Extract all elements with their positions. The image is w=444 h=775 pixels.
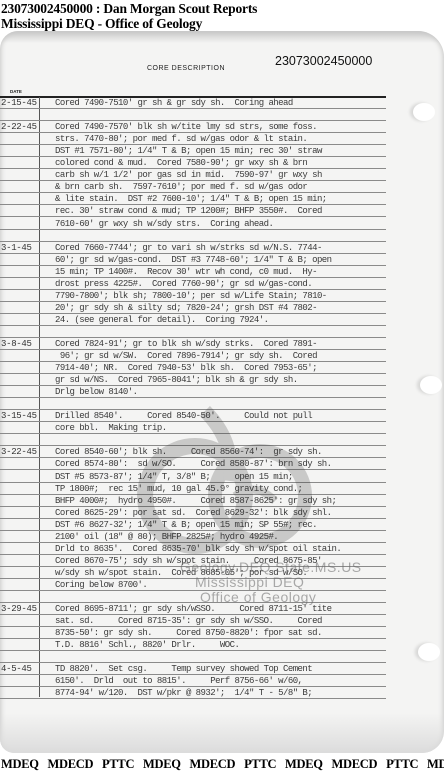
entry-text: Drld to 8635'. Cored 8635-70' blk sdy sh… (55, 544, 341, 554)
entry-row: DST #6 8627-32'; 1/4" T & B; open 15 min… (0, 519, 444, 531)
entry-text: sat. sd. Cored 8715-35': gr sdy sh w/SSO… (55, 616, 322, 626)
entry-row: gr sd w/NS. Cored 7965-8041'; blk sh & g… (0, 374, 444, 386)
entry-text: strs. 7470-80'; por med f. sd w/gas odor… (55, 134, 307, 144)
entry-row: Cored 8625-29': por sat sd. Cored 8629-3… (0, 507, 444, 519)
entry-text: Cored 7660-7744'; gr to vari sh w/strks … (55, 243, 322, 253)
entry-text: Cored 7490-7570' blk sh w/tite lmy sd st… (55, 122, 317, 132)
entry-row: colored cond & mud. Cored 7580-90'; gr w… (0, 157, 444, 169)
entry-row: 7790-7800'; blk sh; 7800-10'; per sd w/L… (0, 290, 444, 302)
entry-text: Drilled 8540'. Cored 8540-50'. Could not… (55, 411, 312, 421)
entry-text: 6150'. Drld out to 8815'. Perf 8756-66' … (55, 676, 302, 686)
entry-text: 24. (see general for detail). Coring 792… (55, 315, 268, 325)
entry-row: Drlg below 8140'. (0, 386, 444, 398)
entry-date: 3-22-45 (1, 447, 37, 457)
entry-row: 4-5-45TD 8820'. Set csg. Temp survey sho… (0, 663, 444, 675)
entry-row: & lite stain. DST #2 7600-10'; 1/4" T & … (0, 193, 444, 205)
entry-date: 3-8-45 (1, 339, 32, 349)
entry-row: Cored 8574-80': sd w/SO. Cored 8580-87':… (0, 458, 444, 470)
entry-text: carb sh w/1 1/2' por gas sd in mid. 7590… (55, 170, 322, 180)
entry-date: 3-29-45 (1, 604, 37, 614)
entry-text: Cored 8540-60'; blk sh. Cored 8560-74': … (55, 447, 322, 457)
entry-text: 8774-94' w/120. DST w/pkr @ 8932'; 1/4" … (55, 688, 312, 698)
entry-text: core bbl. Making trip. (55, 423, 167, 433)
entry-text: T.D. 8816' Schl., 8820' Drlr. WOC. (55, 640, 239, 650)
date-column-label: DATE (10, 89, 22, 94)
entry-row: TP 1800#; rec 15' mud, 10 gal 45.9° grav… (0, 483, 444, 495)
entry-text: BHFP 4000#; hydro 4950#. Cored 8587-8625… (55, 496, 336, 506)
entry-text: rec. 30' straw cond & mud; TP 1200#; BHF… (55, 206, 322, 216)
entry-text: 20'; gr sdy sh & silty sd; 7820-24'; grs… (55, 303, 317, 313)
entry-text: gr sd w/NS. Cored 7965-8041'; blk sh & g… (55, 375, 298, 385)
entry-text: DST #1 7571-80'; 1/4" T & B; open 15 min… (55, 146, 322, 156)
entry-text: 7610-60' gr wxy sh w/sdy strs. Coring ah… (55, 219, 273, 229)
entry-row: 3-1-45Cored 7660-7744'; gr to vari sh w/… (0, 242, 444, 254)
footer-banner: MDEQ MDECD PTTC MDEQ MDECD PTTC MDEQ MDE… (1, 757, 444, 772)
entry-text: 96'; gr sd w/SW. Cored 7896-7914'; gr sd… (55, 351, 317, 361)
entry-row: 96'; gr sd w/SW. Cored 7896-7914'; gr sd… (0, 350, 444, 362)
agency-subtitle: Mississippi DEQ - Office of Geology (1, 16, 202, 31)
entry-row: 7610-60' gr wxy sh w/sdy strs. Coring ah… (0, 217, 444, 229)
entry-row (0, 651, 444, 663)
entry-row: 3-8-45Cored 7824-91'; gr to blk sh w/sdy… (0, 338, 444, 350)
entry-row: 20'; gr sdy sh & silty sd; 7820-24'; grs… (0, 302, 444, 314)
watermark-office: Office of Geology (200, 589, 316, 605)
entry-rows: 2-15-45Cored 7490-7510' gr sh & gr sdy s… (0, 97, 444, 699)
entry-row (0, 398, 444, 410)
entry-row (0, 230, 444, 242)
entry-date: 3-15-45 (1, 411, 37, 421)
entry-text: Cored 8695-8711'; gr sdy sh/wSSO. Cored … (55, 604, 332, 614)
entry-text: TP 1800#; rec 15' mud, 10 gal 45.9° grav… (55, 484, 302, 494)
entry-text: Cored 8574-80': sd w/SO. Cored 8580-87':… (55, 459, 332, 469)
well-api-number: 23073002450000 (275, 54, 372, 68)
entry-row: 2-22-45Cored 7490-7570' blk sh w/tite lm… (0, 121, 444, 133)
entry-text: DST #5 8573-87'; 1/4" T, 3/8" B; open 15… (55, 472, 293, 482)
entry-row: & brn carb sh. 7597-7610'; por med f. sd… (0, 181, 444, 193)
entry-row: drost press 4225#. Cored 7760-90'; gr sd… (0, 278, 444, 290)
entry-text: colored cond & mud. Cored 7580-90'; gr w… (55, 158, 307, 168)
watermark-url: Geology.DEQ.State.MS.US (180, 559, 362, 575)
entry-date: 3-1-45 (1, 243, 32, 253)
entry-text: drost press 4225#. Cored 7760-90'; gr sd… (55, 279, 312, 289)
entry-row (0, 109, 444, 121)
entry-row (0, 434, 444, 446)
watermark-agency: Mississippi DEQ (195, 574, 304, 590)
entry-text: Coring below 8700'. (55, 580, 147, 590)
entry-row: 60'; gr sd w/gas-cond. DST #3 7748-60'; … (0, 254, 444, 266)
core-description-card: CORE DESCRIPTION 23073002450000 DATE 2-1… (0, 31, 444, 753)
entry-row: 2-15-45Cored 7490-7510' gr sh & gr sdy s… (0, 97, 444, 109)
report-title: 23073002450000 : Dan Morgan Scout Report… (1, 1, 257, 16)
entry-row: BHFP 4000#; hydro 4950#. Cored 8587-8625… (0, 495, 444, 507)
entry-text: 15 min; TP 1400#. Recov 30' wtr wh cond,… (55, 267, 317, 277)
entry-row: 8735-50': gr sdy sh. Cored 8750-8820': f… (0, 627, 444, 639)
entry-text: Cored 8625-29': por sat sd. Cored 8629-3… (55, 508, 332, 518)
entry-row: 7914-40'; NR. Cored 7940-53' blk sh. Cor… (0, 362, 444, 374)
form-title: CORE DESCRIPTION (147, 65, 225, 72)
binder-hole-icon (413, 103, 435, 121)
entry-text: TD 8820'. Set csg. Temp survey showed To… (55, 664, 312, 674)
card-top-edge (0, 31, 444, 43)
entry-date: 2-22-45 (1, 122, 37, 132)
entry-text: Cored 7824-91'; gr to blk sh w/sdy strks… (55, 339, 317, 349)
entry-row: 2100' oil (18" @ 80); BHFP 2825#; hydro … (0, 531, 444, 543)
entry-row: DST #5 8573-87'; 1/4" T, 3/8" B; open 15… (0, 470, 444, 482)
entry-row: strs. 7470-80'; por med f. sd w/gas odor… (0, 133, 444, 145)
entry-text: & lite stain. DST #2 7600-10'; 1/4" T & … (55, 194, 327, 204)
ruled-line (0, 698, 386, 699)
entry-row: 15 min; TP 1400#. Recov 30' wtr wh cond,… (0, 266, 444, 278)
entry-row: T.D. 8816' Schl., 8820' Drlr. WOC. (0, 639, 444, 651)
entry-text: DST #6 8627-32'; 1/4" T & B; open 15 min… (55, 520, 317, 530)
binder-hole-icon (418, 643, 440, 661)
entry-text: & brn carb sh. 7597-7610'; por med f. sd… (55, 182, 307, 192)
entry-row: core bbl. Making trip. (0, 422, 444, 434)
entry-row: 24. (see general for detail). Coring 792… (0, 314, 444, 326)
entry-date: 2-15-45 (1, 98, 37, 108)
entry-text: 60'; gr sd w/gas-cond. DST #3 7748-60'; … (55, 255, 332, 265)
entry-row: DST #1 7571-80'; 1/4" T & B; open 15 min… (0, 145, 444, 157)
entry-row (0, 326, 444, 338)
entry-row: sat. sd. Cored 8715-35': gr sdy sh w/SSO… (0, 615, 444, 627)
entry-row: carb sh w/1 1/2' por gas sd in mid. 7590… (0, 169, 444, 181)
entry-text: 7790-7800'; blk sh; 7800-10'; per sd w/L… (55, 291, 327, 301)
entry-row: 6150'. Drld out to 8815'. Perf 8756-66' … (0, 675, 444, 687)
entry-text: 8735-50': gr sdy sh. Cored 8750-8820': f… (55, 628, 322, 638)
card-bottom-edge (0, 713, 444, 753)
entry-row: Drld to 8635'. Cored 8635-70' blk sdy sh… (0, 543, 444, 555)
binder-hole-icon (420, 376, 442, 394)
entry-row: 3-22-45Cored 8540-60'; blk sh. Cored 856… (0, 446, 444, 458)
entry-text: Drlg below 8140'. (55, 387, 137, 397)
entry-row: 8774-94' w/120. DST w/pkr @ 8932'; 1/4" … (0, 687, 444, 699)
entry-date: 4-5-45 (1, 664, 32, 674)
entry-text: 2100' oil (18" @ 80); BHFP 2825#; hydro … (55, 532, 278, 542)
entry-row: rec. 30' straw cond & mud; TP 1200#; BHF… (0, 205, 444, 217)
entry-text: 7914-40'; NR. Cored 7940-53' blk sh. Cor… (55, 363, 317, 373)
entry-text: Cored 7490-7510' gr sh & gr sdy sh. Cori… (55, 98, 293, 108)
entry-row: 3-15-45Drilled 8540'. Cored 8540-50'. Co… (0, 410, 444, 422)
